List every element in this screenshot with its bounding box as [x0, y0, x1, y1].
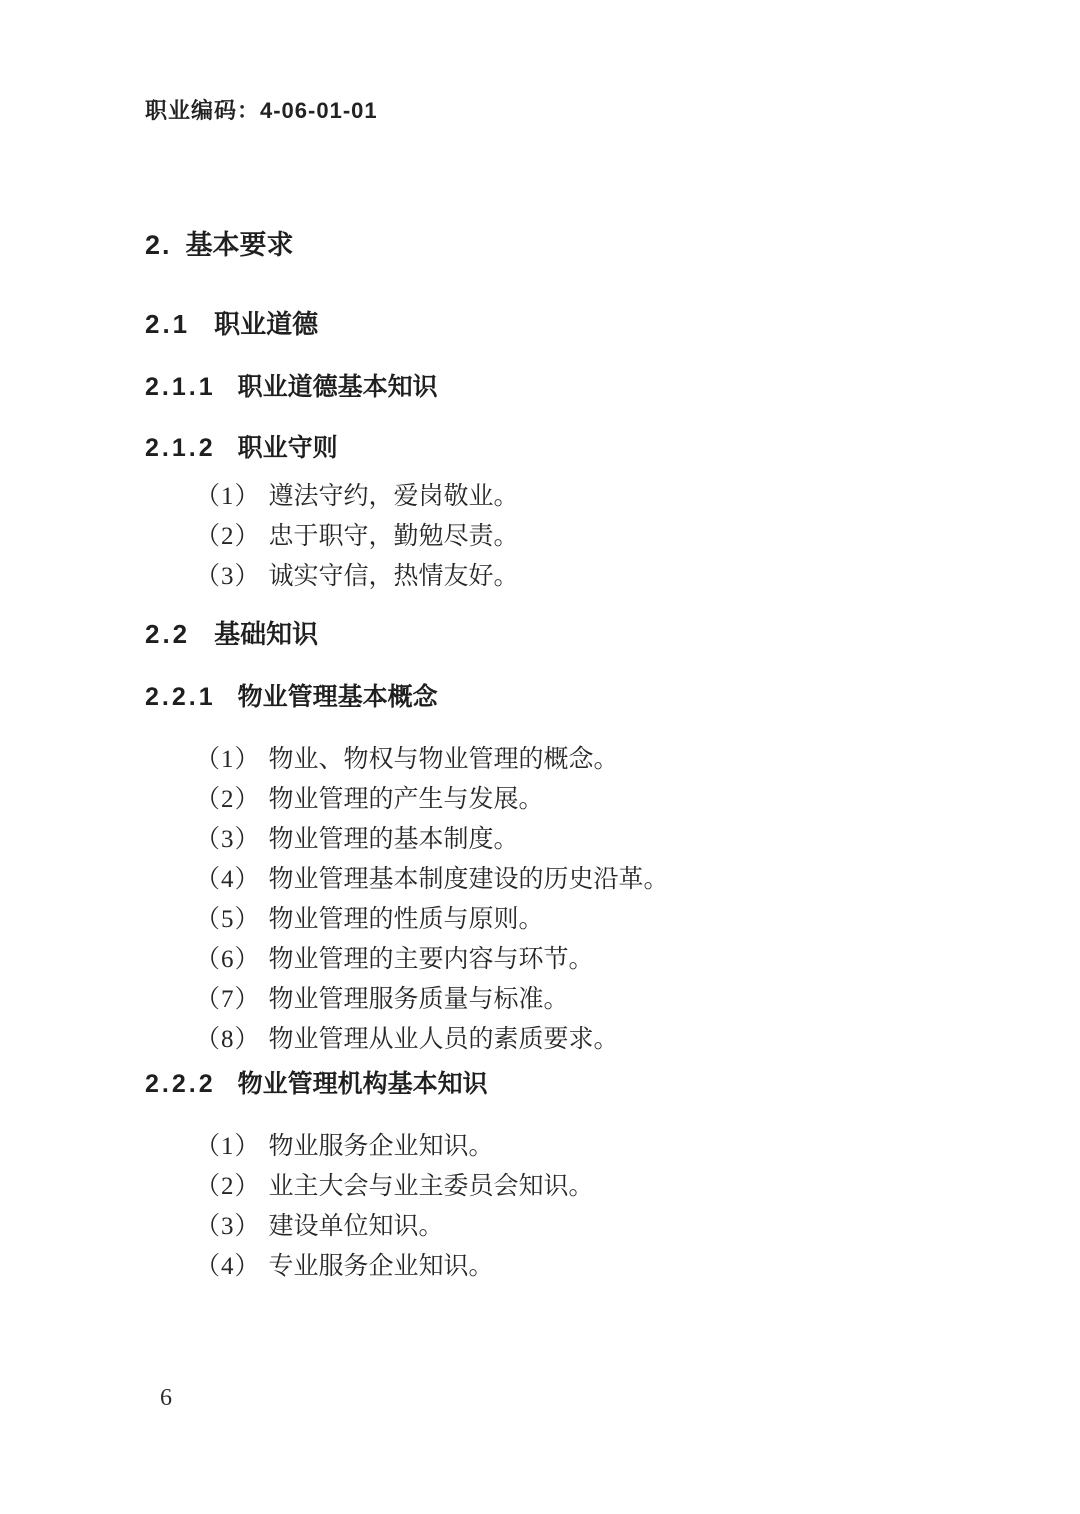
subsection-heading-2-2-1: 2.2.1物业管理基本概念	[145, 681, 1000, 714]
subsection-heading-2-1-2: 2.1.2职业守则	[145, 432, 1000, 465]
occupation-code-label: 职业编码：4-06-01-01	[145, 0, 1000, 125]
item-text: 物业管理的主要内容与环节。	[269, 946, 594, 973]
subsection-number: 2.2.1	[145, 683, 216, 711]
chapter-heading: 2.基本要求	[145, 227, 1000, 263]
list-item: （2）物业管理的产生与发展。	[195, 780, 1000, 820]
document-canvas: 职业编码：4-06-01-01 2.基本要求 2.1职业道德 2.1.1职业道德…	[0, 0, 1080, 1514]
chapter-title: 基本要求	[186, 230, 294, 260]
item-marker: （1）	[195, 1133, 261, 1160]
list-item: （8）物业管理从业人员的素质要求。	[195, 1020, 1000, 1060]
item-marker: （1）	[195, 483, 261, 510]
list-2-2-1: （1）物业、物权与物业管理的概念。 （2）物业管理的产生与发展。 （3）物业管理…	[145, 740, 1000, 1060]
item-marker: （2）	[195, 523, 261, 550]
item-text: 物业管理服务质量与标准。	[269, 986, 569, 1013]
subsection-number: 2.1.1	[145, 373, 216, 401]
list-item: （3）物业管理的基本制度。	[195, 820, 1000, 860]
item-text: 物业管理的基本制度。	[269, 826, 519, 853]
list-item: （1）遵法守约，爱岗敬业。	[195, 477, 1000, 517]
section-heading-2-2: 2.2基础知识	[145, 617, 1000, 651]
list-item: （3）诚实守信，热情友好。	[195, 557, 1000, 597]
subsection-title: 物业管理机构基本知识	[238, 1070, 488, 1098]
list-item: （5）物业管理的性质与原则。	[195, 900, 1000, 940]
item-marker: （3）	[195, 826, 261, 853]
subsection-number: 2.1.2	[145, 434, 216, 462]
list-item: （2）忠于职守，勤勉尽责。	[195, 517, 1000, 557]
item-marker: （7）	[195, 986, 261, 1013]
item-text: 物业管理基本制度建设的历史沿革。	[269, 866, 669, 893]
subsection-title: 职业守则	[238, 434, 338, 462]
list-item: （7）物业管理服务质量与标准。	[195, 980, 1000, 1020]
item-text: 物业管理的产生与发展。	[269, 786, 544, 813]
document-page: 职业编码：4-06-01-01 2.基本要求 2.1职业道德 2.1.1职业道德…	[0, 0, 1080, 1514]
page-number: 6	[160, 1383, 1000, 1414]
item-marker: （3）	[195, 1213, 261, 1240]
item-text: 物业服务企业知识。	[269, 1133, 494, 1160]
list-2-2-2: （1）物业服务企业知识。 （2）业主大会与业主委员会知识。 （3）建设单位知识。…	[145, 1127, 1000, 1287]
list-item: （6）物业管理的主要内容与环节。	[195, 940, 1000, 980]
item-marker: （2）	[195, 1173, 261, 1200]
item-marker: （5）	[195, 906, 261, 933]
item-marker: （2）	[195, 786, 261, 813]
item-text: 遵法守约，爱岗敬业。	[269, 483, 519, 510]
list-item: （3）建设单位知识。	[195, 1207, 1000, 1247]
section-title: 基础知识	[214, 619, 318, 649]
item-text: 物业、物权与物业管理的概念。	[269, 746, 619, 773]
list-item: （4）专业服务企业知识。	[195, 1247, 1000, 1287]
item-marker: （3）	[195, 563, 261, 590]
subsection-title: 职业道德基本知识	[238, 373, 438, 401]
section-heading-2-1: 2.1职业道德	[145, 307, 1000, 341]
list-item: （4）物业管理基本制度建设的历史沿革。	[195, 860, 1000, 900]
section-number: 2.1	[145, 309, 190, 339]
item-text: 业主大会与业主委员会知识。	[269, 1173, 594, 1200]
section-number: 2.2	[145, 619, 190, 649]
item-text: 诚实守信，热情友好。	[269, 563, 519, 590]
item-text: 物业管理从业人员的素质要求。	[269, 1026, 619, 1053]
item-text: 专业服务企业知识。	[269, 1253, 494, 1280]
item-text: 物业管理的性质与原则。	[269, 906, 544, 933]
item-marker: （4）	[195, 1253, 261, 1280]
subsection-title: 物业管理基本概念	[238, 683, 438, 711]
item-marker: （1）	[195, 746, 261, 773]
chapter-number: 2.	[145, 230, 172, 260]
item-marker: （8）	[195, 1026, 261, 1053]
item-text: 建设单位知识。	[269, 1213, 444, 1240]
subsection-heading-2-1-1: 2.1.1职业道德基本知识	[145, 371, 1000, 404]
list-item: （2）业主大会与业主委员会知识。	[195, 1167, 1000, 1207]
section-title: 职业道德	[214, 309, 318, 339]
subsection-number: 2.2.2	[145, 1070, 216, 1098]
item-text: 忠于职守，勤勉尽责。	[269, 523, 519, 550]
list-item: （1）物业、物权与物业管理的概念。	[195, 740, 1000, 780]
list-item: （1）物业服务企业知识。	[195, 1127, 1000, 1167]
subsection-heading-2-2-2: 2.2.2物业管理机构基本知识	[145, 1068, 1000, 1101]
item-marker: （4）	[195, 866, 261, 893]
item-marker: （6）	[195, 946, 261, 973]
list-2-1-2: （1）遵法守约，爱岗敬业。 （2）忠于职守，勤勉尽责。 （3）诚实守信，热情友好…	[145, 477, 1000, 597]
